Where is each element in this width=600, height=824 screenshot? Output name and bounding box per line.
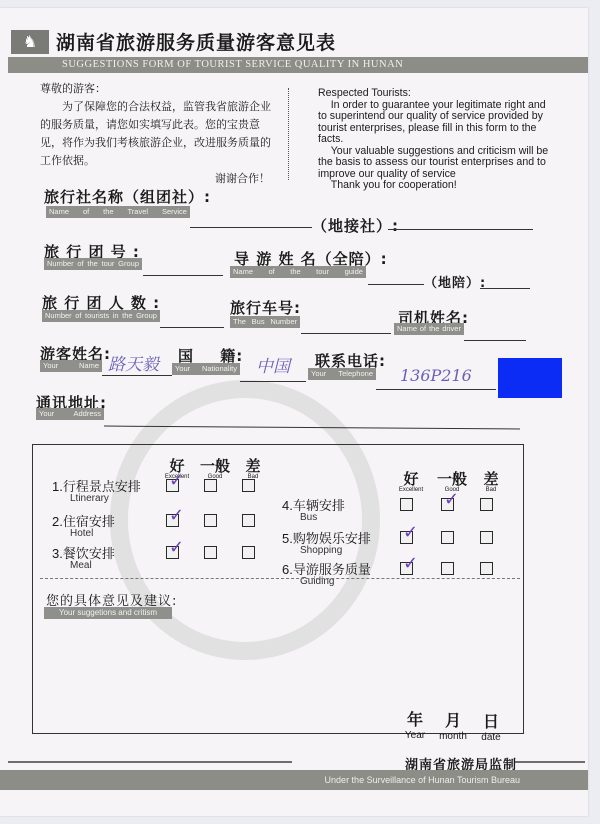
checkmark-icon: ✓	[403, 557, 418, 571]
rating-checkbox-meal-excellent[interactable]: ✓	[166, 546, 179, 559]
telephone-tag: YourTelephone	[308, 368, 376, 380]
checkmark-icon: ✓	[403, 526, 418, 540]
rating-checkbox-bus-good[interactable]: ✓	[441, 498, 454, 511]
rating-checkbox-ltinerary-excellent[interactable]: ✓	[166, 479, 179, 492]
checkmark-icon: ✓	[444, 493, 459, 507]
local-agency-label: （地接社）:	[312, 215, 399, 236]
footer-rule-left	[8, 761, 292, 763]
rating-checkbox-shopping-good[interactable]	[441, 531, 454, 544]
local-guide-input[interactable]	[480, 288, 530, 289]
intro-cn-body: 为了保障您的合法权益，监管我省旅游企业的服务质量，请您如实填写此表。您的宝贵意见…	[40, 98, 280, 170]
bus-number-tag: TheBusNumber	[230, 316, 300, 328]
form-title: 湖南省旅游服务质量游客意见表	[56, 28, 336, 55]
footer-rule-right	[515, 761, 585, 763]
tourist-name-input[interactable]	[102, 375, 172, 376]
checkmark-icon: ✓	[169, 474, 184, 488]
footer-band: Under the Surveillance of Hunan Tourism …	[0, 770, 588, 790]
group-size-input[interactable]	[160, 327, 224, 328]
intro-divider	[288, 88, 289, 180]
tourist-name-tag: YourName	[40, 360, 102, 372]
tourist-name-value[interactable]: 路天毅	[108, 350, 159, 375]
rating-item-label-en: Meal	[70, 560, 92, 571]
travel-service-label: 旅行社名称（组团社）:	[44, 186, 211, 207]
telephone-input[interactable]	[376, 389, 496, 390]
rating-checkbox-hotel-bad[interactable]	[242, 514, 255, 527]
checkmark-icon: ✓	[169, 541, 184, 555]
suggestions-tag: Your suggetions and critism	[44, 607, 172, 619]
rating-column-bad: 差Bad	[474, 468, 508, 493]
rating-item-label-en: Ltinerary	[70, 493, 109, 504]
date-year[interactable]: 年Year	[402, 707, 428, 741]
nationality-input[interactable]	[240, 381, 306, 382]
rating-checkbox-shopping-bad[interactable]	[480, 531, 493, 544]
checkmark-icon: ✓	[169, 509, 184, 523]
date-month[interactable]: 月month	[436, 708, 470, 742]
rating-checkbox-hotel-good[interactable]	[204, 514, 217, 527]
redaction-block	[498, 358, 562, 398]
bus-number-label: 旅行车号:	[230, 297, 301, 318]
rating-checkbox-hotel-excellent[interactable]: ✓	[166, 514, 179, 527]
group-number-tag: NumberofthetourGroup	[44, 258, 142, 270]
horse-icon: ♞	[11, 30, 49, 54]
travel-service-tag: NameoftheTravelService	[46, 206, 190, 218]
rating-checkbox-guiding-excellent[interactable]: ✓	[400, 562, 413, 575]
rating-checkbox-meal-bad[interactable]	[242, 546, 255, 559]
rating-checkbox-guiding-bad[interactable]	[480, 562, 493, 575]
rating-checkbox-meal-good[interactable]	[204, 546, 217, 559]
driver-name-tag: Nameofthedriver	[394, 323, 464, 335]
suggestions-input[interactable]	[44, 626, 514, 702]
rating-item-label-en: Hotel	[70, 528, 93, 539]
rating-column-bad: 差Bad	[236, 455, 270, 480]
nationality-tag: YourNationality	[172, 363, 240, 375]
rating-item-label-en: Bus	[300, 512, 317, 523]
intro-chinese: 尊敬的游客： 为了保障您的合法权益，监管我省旅游企业的服务质量，请您如实填写此表…	[40, 80, 280, 188]
rating-checkbox-bus-bad[interactable]	[480, 498, 493, 511]
bus-number-input[interactable]	[301, 333, 391, 334]
travel-service-input[interactable]	[190, 227, 312, 228]
guide-name-tag: Nameofthetourguide	[230, 266, 366, 278]
group-size-tag: NumberoftouristsintheGroup	[42, 310, 160, 322]
driver-name-input[interactable]	[464, 340, 526, 341]
local-guide-label: （地陪）:	[424, 272, 486, 291]
rating-checkbox-guiding-good[interactable]	[441, 562, 454, 575]
address-tag: YourAddress	[36, 408, 104, 420]
local-agency-input[interactable]	[388, 229, 533, 230]
rating-item-label-en: Shopping	[300, 545, 342, 556]
date-day[interactable]: 日date	[478, 709, 504, 743]
intro-en-p1: In order to guarantee your legitimate ri…	[318, 100, 550, 146]
group-number-input[interactable]	[143, 275, 223, 276]
section-divider	[40, 578, 520, 579]
nationality-value[interactable]: 中国	[256, 352, 290, 377]
form-subtitle: SUGGESTIONS FORM OF TOURIST SERVICE QUAL…	[8, 57, 588, 73]
rating-checkbox-ltinerary-good[interactable]	[204, 479, 217, 492]
intro-en-greeting: Respected Tourists:	[318, 88, 550, 100]
guide-name-input[interactable]	[368, 284, 424, 285]
telephone-value[interactable]: 136P216	[400, 366, 472, 385]
intro-english: Respected Tourists: In order to guarante…	[318, 88, 550, 192]
intro-en-thanks: Thank you for cooperation!	[318, 180, 550, 192]
rating-checkbox-bus-excellent[interactable]	[400, 498, 413, 511]
intro-cn-greeting: 尊敬的游客：	[40, 80, 280, 98]
rating-column-excellent: 好Excellent	[394, 468, 428, 493]
rating-column-good: 一般Good	[198, 455, 232, 480]
rating-checkbox-ltinerary-bad[interactable]	[242, 479, 255, 492]
intro-en-p2: Your valuable suggestions and criticism …	[318, 146, 550, 181]
rating-checkbox-shopping-excellent[interactable]: ✓	[400, 531, 413, 544]
